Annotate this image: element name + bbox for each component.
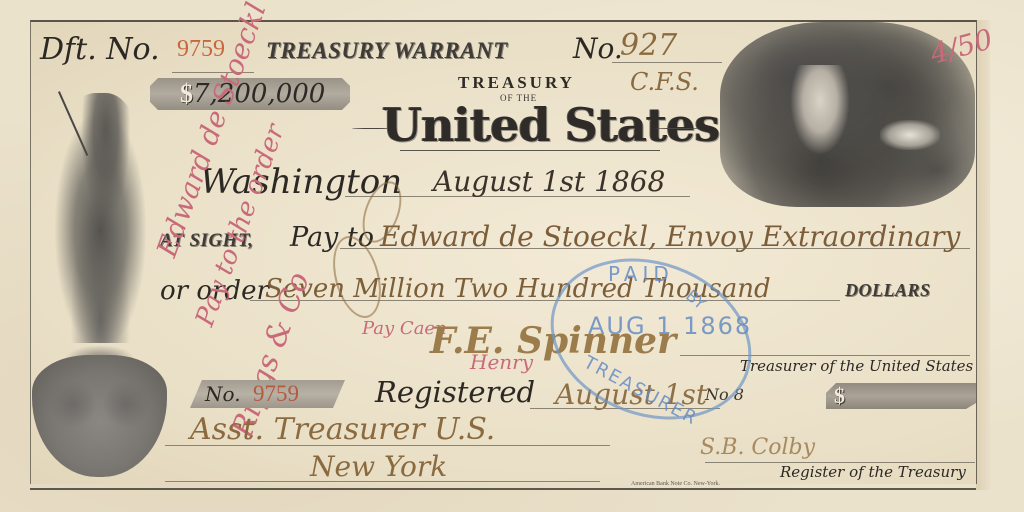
warrant-title: TREASURY WARRANT xyxy=(266,38,508,64)
bottom-border xyxy=(30,488,976,490)
payable-at-line1: Asst. Treasurer U.S. xyxy=(190,412,495,447)
warrant-no-label: No. xyxy=(573,32,623,65)
issue-date: August 1st 1868 xyxy=(433,165,665,198)
register-signature: S.B. Colby xyxy=(700,435,815,460)
title-underline xyxy=(400,150,660,151)
treasury-heading: TREASURY xyxy=(458,73,575,93)
warrant-no-value: 927 xyxy=(620,28,677,63)
registration-number: 9759 xyxy=(253,381,299,407)
cloud-engraving xyxy=(880,120,940,150)
registered-label: Registered xyxy=(375,375,535,409)
draft-number: 9759 xyxy=(177,36,225,63)
payee-name: Edward de Stoeckl, Envoy Extraordinary xyxy=(380,220,960,253)
printer-imprint: American Bank Note Co. New-York. xyxy=(631,481,720,487)
draft-label: Dft. No. xyxy=(40,32,160,67)
treasurer-label: Treasurer of the United States xyxy=(740,357,973,375)
registration-no-label: No. xyxy=(205,382,241,406)
dollars-label: DOLLARS xyxy=(845,280,931,301)
dollar-sign-icon: $ xyxy=(834,383,845,409)
warrant-initials: C.F.S. xyxy=(630,68,699,96)
stamp-date: AUG 1 1868 xyxy=(588,312,752,340)
dollar-sign-icon: $ xyxy=(180,79,193,108)
payable-rule-2 xyxy=(165,481,600,482)
minerva-figure-vignette xyxy=(48,93,153,343)
united-states-heading: United States xyxy=(382,98,719,152)
seated-figure xyxy=(790,65,850,155)
payable-rule-1 xyxy=(165,445,610,446)
flourish-right xyxy=(655,128,700,129)
registered-amount-box xyxy=(826,383,976,409)
payable-at-line2: New York xyxy=(310,450,447,483)
stamp-paid-text: PAID xyxy=(608,262,674,286)
register-label: Register of the Treasury xyxy=(780,463,966,481)
mount-edge xyxy=(976,20,990,490)
